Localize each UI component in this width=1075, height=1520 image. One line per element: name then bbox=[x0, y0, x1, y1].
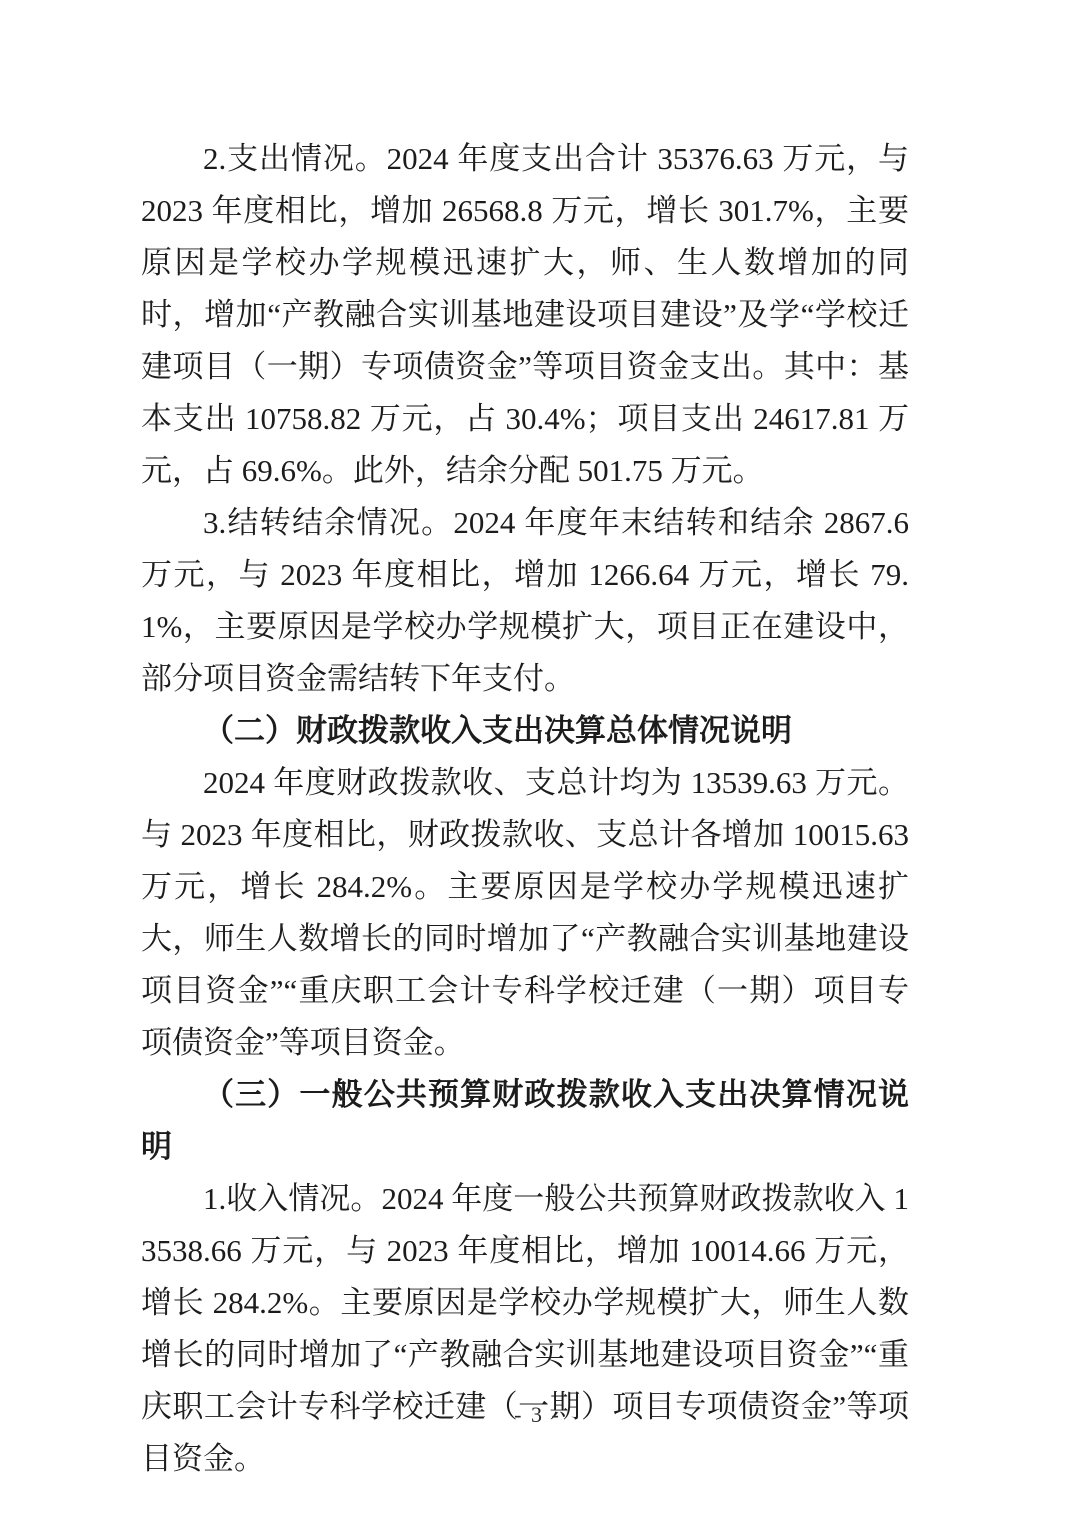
paragraph-expenditure-overview: 2.支出情况。2024 年度支出合计 35376.63 万元，与 2023 年度… bbox=[141, 133, 909, 497]
paragraph-fiscal-appropriation-detail: 2024 年度财政拨款收、支总计均为 13539.63 万元。与 2023 年度… bbox=[141, 757, 909, 1069]
paragraph-income-overview: 1.收入情况。2024 年度一般公共预算财政拨款收入 13538.66 万元，与… bbox=[141, 1173, 909, 1485]
document-page: 2.支出情况。2024 年度支出合计 35376.63 万元，与 2023 年度… bbox=[0, 0, 1075, 1520]
section-heading-fiscal-appropriation: （二）财政拨款收入支出决算总体情况说明 bbox=[141, 705, 909, 757]
paragraph-carryover-overview: 3.结转结余情况。2024 年度年末结转和结余 2867.6 万元，与 2023… bbox=[141, 497, 909, 705]
section-heading-general-public-budget: （三）一般公共预算财政拨款收入支出决算情况说明 bbox=[141, 1069, 909, 1173]
page-number: - 3 - bbox=[0, 1400, 1075, 1430]
document-body: 2.支出情况。2024 年度支出合计 35376.63 万元，与 2023 年度… bbox=[141, 133, 909, 1485]
